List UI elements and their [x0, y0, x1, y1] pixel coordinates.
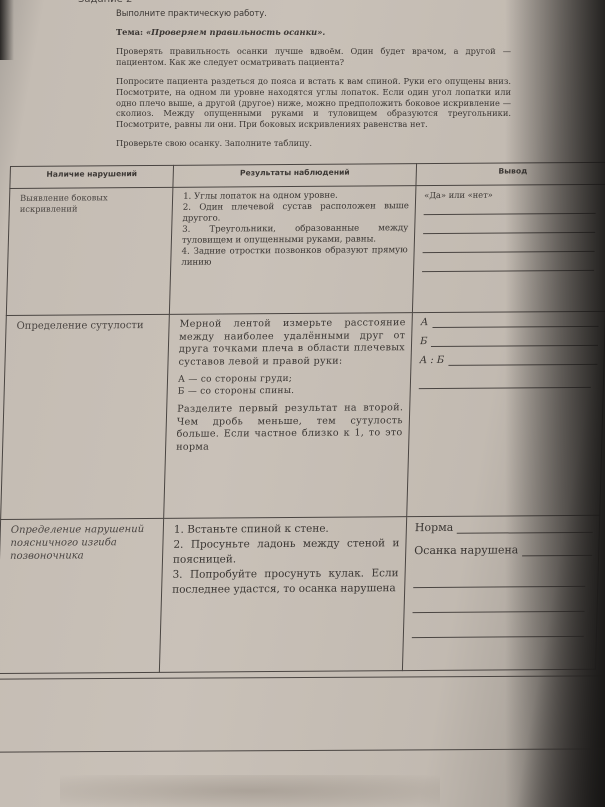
table-row-scoliosis: Выявление боковых искривлений 1. Углы ло…: [6, 184, 605, 315]
answer-blank[interactable]: [424, 199, 596, 215]
answer-blank[interactable]: [522, 545, 592, 556]
answer-blank[interactable]: [432, 316, 599, 328]
answer-blank[interactable]: [413, 566, 586, 588]
row-label: Определение нарушений поясничного изгиба…: [0, 518, 164, 673]
field-violated[interactable]: Осанка нарушена: [414, 543, 592, 557]
observation-item: 4. Задние отростки позвонков образуют пр…: [181, 245, 408, 269]
photo-edge-shadow-left: [0, 0, 14, 60]
table-row-stoop: Определение сутулости Мерной лентой изме…: [1, 311, 605, 519]
field-b[interactable]: Б: [420, 335, 598, 347]
task-header: Задание 2: [78, 0, 132, 5]
divide-instruction: Разделите первый результат на второй. Че…: [176, 402, 403, 454]
answer-blank[interactable]: [412, 616, 585, 638]
header-violations: Наличие нарушений: [10, 165, 174, 188]
field-norm[interactable]: Норма: [415, 520, 593, 534]
answer-blank[interactable]: [457, 522, 593, 534]
observations-cell: 1. Встаньте спиной к стене. 2. Просуньте…: [159, 517, 406, 673]
topic-title: «Проверяем правильность осанки».: [146, 27, 325, 37]
observation-text: Мерной лентой измерьте расстояние между …: [178, 317, 405, 369]
field-a[interactable]: А: [420, 316, 598, 328]
field-label: А : Б: [419, 355, 444, 366]
divider-line: [0, 675, 605, 679]
field-label: Б: [420, 336, 428, 347]
legend-b: Б — со стороны спины.: [178, 385, 404, 398]
field-ratio[interactable]: А : Б: [419, 354, 597, 366]
paragraph-1: Проверять правильность осанки лучше вдво…: [116, 46, 511, 67]
observation-item: 3. Треугольники, образованные между туло…: [182, 223, 409, 247]
instruction: Выполните практическую работу.: [116, 8, 511, 19]
answer-blank[interactable]: [419, 373, 591, 389]
observation-item: 2. Просуньте ладонь между стеной и поясн…: [173, 536, 400, 568]
intro-section: Выполните практическую работу. Тема: «Пр…: [116, 8, 511, 154]
header-conclusion: Вывод: [416, 162, 605, 185]
field-label: Норма: [415, 521, 454, 534]
answer-blank[interactable]: [448, 354, 598, 366]
conclusion-cell: Норма Осанка нарушена: [402, 515, 599, 670]
table-row-lumbar: Определение нарушений поясничного изгиба…: [0, 515, 600, 673]
observation-item: 2. Один плечевой сустав расположен выше …: [182, 201, 409, 225]
answer-blank[interactable]: [431, 335, 598, 347]
posture-table: Наличие нарушений Результаты наблюдений …: [0, 162, 605, 674]
field-label: А: [420, 317, 428, 328]
answer-blank[interactable]: [423, 237, 595, 253]
answer-blank[interactable]: [423, 218, 595, 234]
check-prompt: Проверьте свою осанку. Заполните таблицу…: [116, 138, 511, 149]
posture-table-wrapper: Наличие нарушений Результаты наблюдений …: [0, 162, 605, 656]
header-observations: Результаты наблюдений: [173, 164, 417, 188]
answer-blank[interactable]: [413, 591, 586, 613]
conclusion-cell: «Да» или «нет»: [412, 184, 605, 312]
conclusion-cell: А Б А : Б: [407, 311, 605, 516]
measurement-legend: А — со стороны груди; Б — со стороны спи…: [178, 373, 405, 398]
row-label: Определение сутулости: [1, 314, 170, 519]
paper-smudge: [60, 775, 440, 807]
divider-line: [0, 748, 605, 752]
observation-item: 3. Попробуйте просунуть кулак. Если посл…: [172, 566, 399, 598]
topic: Тема: «Проверяем правильность осанки».: [116, 27, 511, 38]
answer-blank[interactable]: [422, 256, 594, 272]
observation-item: 1. Встаньте спиной к стене.: [174, 521, 400, 538]
observations-cell: 1. Углы лопаток на одном уровне. 2. Один…: [169, 186, 416, 315]
paragraph-2: Попросите пациента раздеться до пояса и …: [116, 76, 511, 129]
row-label-text: Определение нарушений поясничного изгиба…: [10, 524, 144, 562]
topic-prefix: Тема:: [116, 27, 143, 37]
row-label: Выявление боковых искривлений: [6, 187, 173, 315]
observations-cell: Мерной лентой измерьте расстояние между …: [164, 313, 413, 519]
field-label: Осанка нарушена: [414, 543, 518, 557]
